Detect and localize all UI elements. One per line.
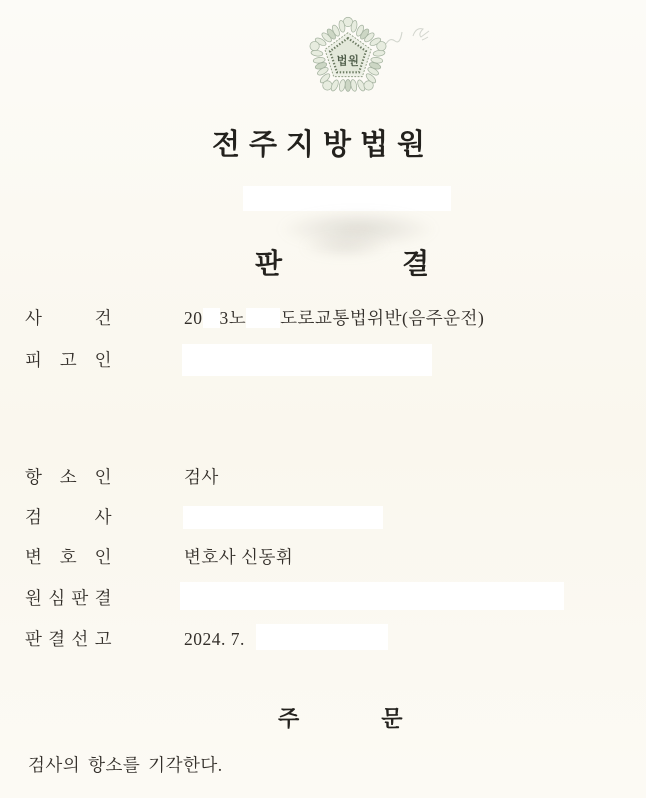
redaction-inline-case-digits [203,308,220,328]
row-case: 사건 203노도로교통법위반(음주운전) [25,305,484,330]
appellant-label: 항소인 [25,464,112,489]
redaction-box-header [243,186,451,211]
redaction-box-prosecutor [183,506,383,529]
redaction-box-lower-judgment [180,582,564,610]
sentencing-date-value: 2024. 7. [184,629,245,650]
appellant-value: 검사 [184,464,219,489]
pencil-mark-icon [383,14,445,58]
row-lower-judgment: 원심판결 [25,585,112,610]
judgment-title-right: 결 [402,249,429,280]
court-name-title: 전주지방법원 [0,122,646,163]
prosecutor-label: 검사 [25,504,112,529]
redaction-inline-case-serial [246,308,280,328]
svg-text:법원: 법원 [337,54,360,68]
row-defendant: 피고인 [25,347,112,372]
row-prosecutor: 검사 [25,504,112,529]
redaction-box-sentencing-day [256,624,388,650]
order-body-text: 검사의 항소를 기각한다. [28,752,223,777]
row-counsel: 변호인 변호사 신동휘 [25,544,293,569]
case-number: 203노도로교통법위반(음주운전) [184,305,484,330]
case-number-suffix: 3노 [220,308,247,328]
order-heading: 주문 [278,702,403,733]
offense-text: 도로교통법위반(음주운전) [280,308,484,328]
court-seal: 법원 [303,12,393,102]
row-sentencing-date: 판결선고 2024. 7. [25,626,245,651]
order-heading-right: 문 [381,706,402,731]
counsel-label: 변호인 [25,544,112,569]
judgment-title: 판결 [255,242,429,282]
redaction-box-defendant [182,344,432,376]
sentencing-label: 판결선고 [25,626,112,651]
counsel-value: 변호사 신동휘 [184,544,293,569]
lower-judgment-label: 원심판결 [25,585,112,610]
defendant-label: 피고인 [25,347,112,372]
case-number-prefix: 20 [184,308,203,328]
case-label: 사건 [25,305,112,330]
judgment-document-page: 법원 전주지방법원 판결 사건 203노도로교통법위반(음주운전) 피고인 항소… [0,0,646,798]
order-heading-left: 주 [278,706,299,731]
court-seal-icon: 법원 [303,12,393,102]
row-appellant: 항소인 검사 [25,464,219,489]
judgment-title-left: 판 [255,249,282,280]
